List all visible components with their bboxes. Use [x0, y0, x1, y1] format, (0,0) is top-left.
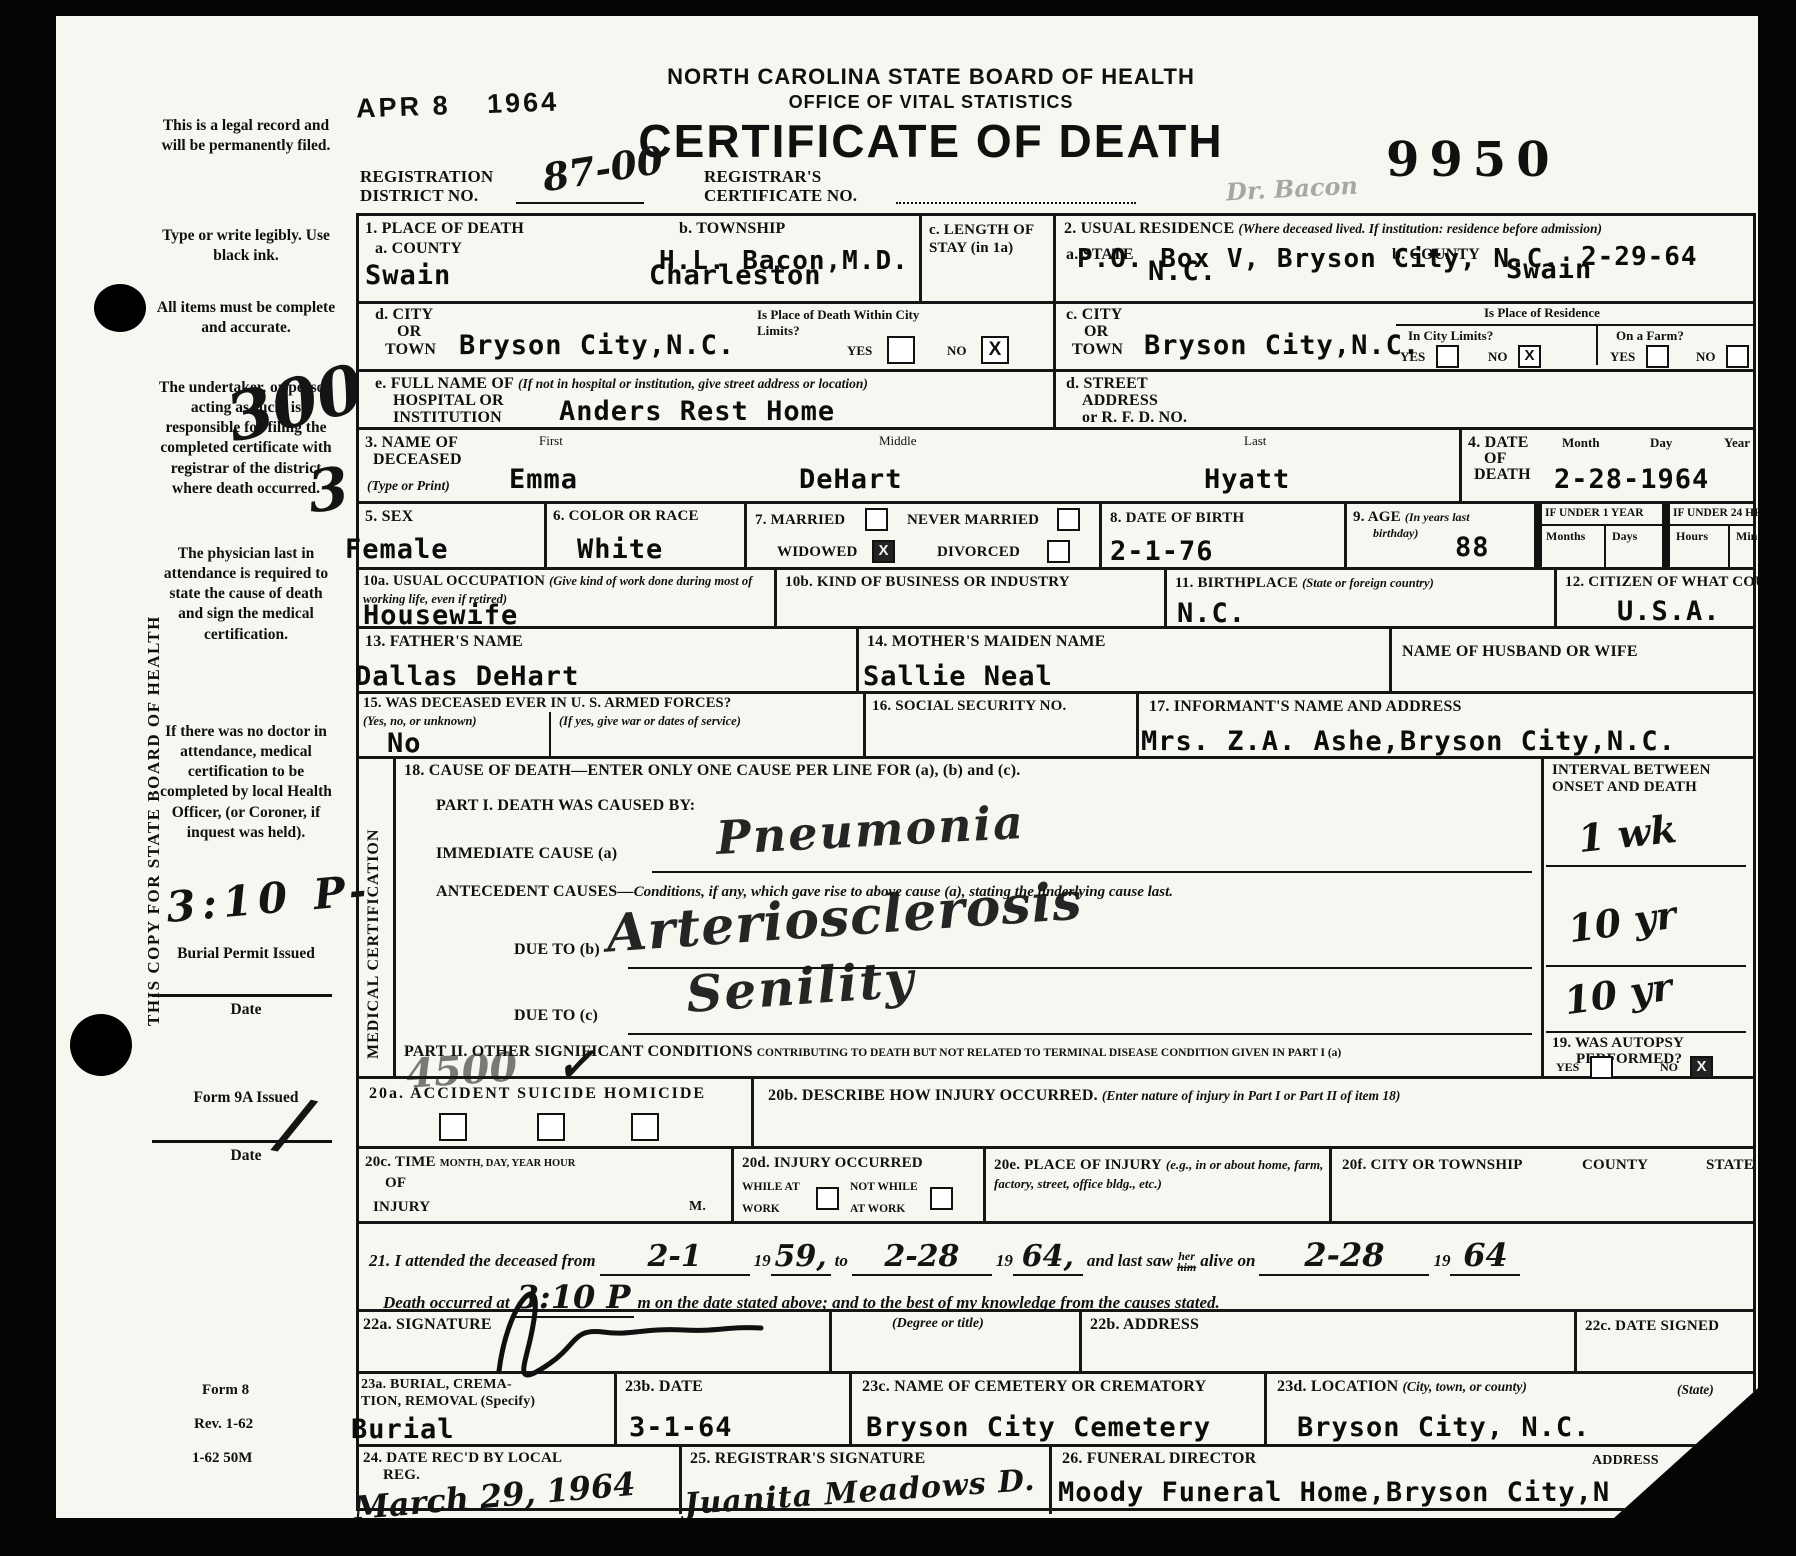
divider — [1728, 524, 1730, 567]
armed-forces-value: No — [387, 728, 422, 759]
funeral-director-value: Moody Funeral Home,Bryson City,N — [1058, 1477, 1610, 1508]
hours-label: Hours — [1676, 530, 1708, 543]
interval-c-line — [1546, 1031, 1746, 1033]
fathers-name-value: Dallas DeHart — [355, 661, 579, 692]
describe-injury-label: 20b. DESCRIBE HOW INJURY OCCURRED. (Ente… — [768, 1087, 1400, 1105]
death-limits-yes-label: YES — [847, 344, 872, 358]
accident-suicide-homicide-label: 20a. ACCIDENT SUICIDE HOMICIDE — [369, 1085, 706, 1103]
residence-city-label: c. CITY — [1066, 306, 1123, 324]
informant-value: Mrs. Z.A. Ashe,Bryson City,N.C. — [1141, 726, 1676, 757]
county-value: Swain — [365, 260, 451, 291]
autopsy-yes-checkbox — [1590, 1056, 1613, 1079]
incity-no-label: NO — [1488, 350, 1508, 364]
days-label: Days — [1612, 530, 1637, 543]
age-label-2: (In years last — [1405, 510, 1470, 524]
registration-district-label: REGISTRATION DISTRICT NO. — [360, 168, 493, 205]
death-limits-no-checkbox: X — [981, 336, 1009, 364]
describe-injury-note: (Enter nature of injury in Part I or Par… — [1102, 1088, 1401, 1103]
cemetery-label: 23c. NAME OF CEMETERY OR CREMATORY — [862, 1378, 1206, 1396]
farm-yes-label: YES — [1610, 350, 1635, 364]
residence-city-town: TOWN — [1072, 341, 1123, 359]
color-or-race-value: White — [577, 534, 663, 565]
form9a-date-label: Date — [156, 1146, 336, 1166]
business-industry-label: 10b. KIND OF BUSINESS OR INDUSTRY — [785, 574, 1070, 591]
attended-to-value: 2-28 — [884, 1239, 959, 1274]
armed-forces-label: 15. WAS DECEASED EVER IN U. S. ARMED FOR… — [363, 696, 731, 712]
attended-year2-blank: 64, — [1013, 1239, 1083, 1276]
margin-handwriting-300: 300 — [219, 348, 372, 457]
burial-label-2: TION, REMOVAL (Specify) — [361, 1394, 535, 1409]
attended-year1-blank: 59, — [771, 1239, 831, 1276]
divorced-label: DIVORCED — [937, 544, 1020, 561]
hospital-label-2: HOSPITAL OR — [393, 392, 504, 410]
date-signed-label: 22c. DATE SIGNED — [1585, 1318, 1719, 1335]
interval-label-2: ONSET AND DEATH — [1552, 779, 1697, 796]
township-label: b. TOWNSHIP — [679, 220, 786, 238]
form-number-label: Form 8 — [202, 1382, 249, 1399]
length-of-stay-label2: STAY (in 1a) — [929, 240, 1013, 257]
attended-year2-value: 64, — [1022, 1239, 1074, 1274]
while-at-work-label-2: WORK — [742, 1203, 780, 1216]
birthplace-label-title: 11. BIRTHPLACE — [1175, 575, 1298, 591]
hospital-name-label: e. FULL NAME OF (If not in hospital or i… — [375, 375, 868, 393]
months-label: Months — [1546, 530, 1585, 543]
residence-in-city-limits-label: In City Limits? — [1408, 329, 1493, 343]
autopsy-no-checkbox: X — [1690, 1056, 1713, 1079]
date-of-death-label-2: OF — [1484, 450, 1507, 468]
date-of-birth-label: 8. DATE OF BIRTH — [1110, 510, 1244, 527]
hospital-label-note: (If not in hospital or institution, give… — [518, 376, 868, 391]
registrar-certificate-label: REGISTRAR'S CERTIFICATE NO. — [704, 168, 857, 205]
mothers-maiden-name-label: 14. MOTHER'S MAIDEN NAME — [867, 633, 1106, 651]
describe-injury-title: 20b. DESCRIBE HOW INJURY OCCURRED. — [768, 1087, 1098, 1104]
first-name-value: Emma — [509, 464, 578, 495]
not-while-at-work-label-1: NOT WHILE — [850, 1181, 918, 1194]
widowed-checkbox: X — [872, 540, 895, 563]
location-label: 23d. LOCATION (City, town, or county) — [1277, 1378, 1527, 1396]
interval-a-value: 1 wk — [1576, 806, 1679, 861]
stamp-month-day: APR 8 — [356, 90, 452, 123]
husband-or-wife-label: NAME OF HUSBAND OR WIFE — [1402, 643, 1638, 661]
autopsy-label-1: 19. WAS AUTOPSY — [1552, 1035, 1684, 1052]
place-of-residence-label: Is Place of Residence — [1484, 306, 1600, 320]
form-print-run-label: 1-62 50M — [192, 1450, 252, 1467]
registration-district-line — [516, 202, 644, 204]
physician-signature-stroke — [469, 1266, 769, 1386]
date-received-label-2: REG. — [383, 1467, 420, 1484]
divider — [1604, 524, 1606, 567]
injury-city-label: 20f. CITY OR TOWNSHIP — [1342, 1157, 1523, 1174]
time-of-injury-of: OF — [385, 1175, 406, 1192]
part2-note: CONTRIBUTING TO DEATH BUT NOT RELATED TO… — [757, 1047, 1342, 1059]
street-address-label-2: ADDRESS — [1082, 392, 1158, 410]
margin-note-legal: This is a legal record and will be perma… — [156, 116, 336, 156]
middle-name-label: Middle — [879, 434, 917, 448]
attended-p3: alive on — [1200, 1251, 1255, 1270]
funeral-director-label: 26. FUNERAL DIRECTOR — [1062, 1450, 1256, 1468]
birthplace-label-note: (State or foreign country) — [1302, 576, 1434, 590]
physician-typed-name: H.L. Bacon,M.D. — [659, 246, 909, 276]
registration-label-line2: DISTRICT NO. — [360, 187, 493, 206]
burial-permit-date-label: Date — [156, 1000, 336, 1020]
accident-checkbox — [439, 1113, 467, 1141]
attended-year3-value: 64 — [1463, 1236, 1508, 1274]
punch-hole-top — [94, 284, 146, 332]
time-of-injury-label: 20c. TIME MONTH, DAY, YEAR HOUR — [365, 1153, 575, 1171]
farm-no-checkbox — [1726, 345, 1749, 368]
death-city-limits-q2: Limits? — [757, 324, 800, 338]
married-checkbox — [865, 508, 888, 531]
received-date-stamp: APR 8 1964 — [356, 86, 560, 124]
burial-label-1: 23a. BURIAL, CREMA- — [361, 1377, 512, 1392]
widowed-label: WIDOWED — [777, 544, 858, 561]
attended-year1-value: 59, — [775, 1239, 827, 1274]
interval-c-value: 10 yr — [1561, 964, 1674, 1024]
divider — [1596, 324, 1598, 365]
copy-designation-vertical-label: THIS COPY FOR STATE BOARD OF HEALTH — [144, 615, 164, 1026]
date-of-death-label-1: 4. DATE — [1468, 434, 1529, 452]
occupation-label-title: 10a. USUAL OCCUPATION — [363, 573, 545, 589]
year-label: Year — [1724, 436, 1750, 450]
mothers-maiden-name-value: Sallie Neal — [863, 661, 1053, 692]
injury-occurred-label: 20d. INJURY OCCURRED — [742, 1155, 923, 1172]
if-under-24-hrs-label: IF UNDER 24 HRS. — [1673, 507, 1772, 520]
registrar-signature-value: Juanita Meadows D. — [683, 1463, 1036, 1522]
time-of-injury-injury: INJURY — [373, 1199, 430, 1216]
injury-county-label: COUNTY — [1582, 1157, 1648, 1174]
incity-yes-checkbox — [1436, 345, 1459, 368]
certificate-page: This is a legal record and will be perma… — [56, 16, 1758, 1518]
name-of-deceased-label-2: DECEASED — [373, 451, 462, 469]
if-under-1-year-label: IF UNDER 1 YEAR — [1545, 507, 1644, 520]
burial-permit-date-line — [152, 994, 332, 997]
margin-handwriting-3: 3 — [303, 454, 352, 527]
death-certificate-form: 1. PLACE OF DEATH a. COUNTY Swain b. TOW… — [356, 213, 1756, 1511]
board-of-health-line: NORTH CAROLINA STATE BOARD OF HEALTH — [536, 64, 1326, 90]
incity-yes-label: YES — [1400, 350, 1425, 364]
date-received-label-1: 24. DATE REC'D BY LOCAL — [363, 1450, 562, 1467]
age-label-1: 9. AGE — [1353, 509, 1401, 525]
time-of-injury-sub: MONTH, DAY, YEAR HOUR — [440, 1158, 576, 1169]
length-of-stay-label1: c. LENGTH OF — [929, 222, 1034, 239]
physician-address-value: P.O. Box V, Bryson City, N.C. — [1077, 244, 1560, 274]
county-label: a. COUNTY — [375, 240, 462, 258]
never-married-checkbox — [1057, 508, 1080, 531]
injury-state-label: STATE — [1706, 1157, 1754, 1174]
her-him-stacked: herhim — [1177, 1251, 1196, 1274]
suicide-checkbox — [537, 1113, 565, 1141]
registrar-label-line1: REGISTRAR'S — [704, 168, 857, 187]
date-of-death-label-3: DEATH — [1474, 466, 1531, 484]
divider — [919, 216, 922, 301]
hospital-name-value: Anders Rest Home — [559, 396, 835, 427]
funeral-director-address-label: ADDRESS — [1592, 1453, 1659, 1468]
attended-19b: 19 — [996, 1251, 1013, 1270]
him-label: him — [1177, 1262, 1196, 1273]
location-title: 23d. LOCATION — [1277, 1378, 1398, 1395]
attended-year3-blank: 64 — [1450, 1236, 1520, 1276]
residence-on-farm-label: On a Farm? — [1616, 329, 1684, 343]
date-signed-value: 2-29-64 — [1581, 242, 1698, 272]
margin-note-type: Type or write legibly. Use black ink. — [156, 226, 336, 266]
burial-date-value: 3-1-64 — [629, 1412, 733, 1443]
while-at-work-checkbox — [816, 1187, 839, 1210]
punch-hole-bottom — [70, 1014, 132, 1076]
due-to-c-label: DUE TO (c) — [514, 1007, 598, 1025]
registration-label-line1: REGISTRATION — [360, 168, 493, 187]
street-address-label-3: or R. F. D. NO. — [1082, 409, 1187, 427]
last-name-label: Last — [1244, 434, 1266, 448]
birthplace-label: 11. BIRTHPLACE (State or foreign country… — [1175, 574, 1434, 592]
not-while-at-work-label-2: AT WORK — [850, 1203, 905, 1216]
hospital-label-3: INSTITUTION — [393, 409, 502, 427]
form-revision-label: Rev. 1-62 — [194, 1416, 253, 1433]
medical-certification-vertical-label: MEDICAL CERTIFICATION — [365, 829, 383, 1059]
married-label: 7. MARRIED — [755, 512, 845, 529]
attended-19c: 19 — [1433, 1251, 1450, 1270]
middle-name-value: DeHart — [799, 464, 903, 495]
date-of-birth-value: 2-1-76 — [1110, 536, 1214, 567]
immediate-cause-label: IMMEDIATE CAUSE (a) — [436, 845, 617, 863]
residence-city-value: Bryson City,N.C. — [1144, 330, 1420, 361]
usual-residence-note: (Where deceased lived. If institution: r… — [1238, 221, 1602, 236]
social-security-label: 16. SOCIAL SECURITY NO. — [872, 698, 1067, 715]
not-while-at-work-checkbox — [930, 1187, 953, 1210]
time-of-injury-m: M. — [689, 1199, 706, 1214]
incity-no-checkbox: X — [1518, 345, 1541, 368]
never-married-label: NEVER MARRIED — [907, 512, 1039, 529]
margin-handwriting-time: 3:10 P- — [164, 865, 374, 932]
divider — [549, 712, 551, 756]
type-or-print-note: (Type or Print) — [367, 478, 450, 494]
form9a-date-line — [152, 1140, 332, 1143]
certificate-number: 9950 — [1386, 132, 1560, 188]
due-to-b-label: DUE TO (b) — [514, 941, 600, 959]
margin-note-physician: The physician last in attendance is requ… — [156, 544, 336, 645]
farm-no-label: NO — [1696, 350, 1716, 364]
divorced-checkbox — [1047, 540, 1070, 563]
age-value: 88 — [1455, 532, 1490, 563]
burial-value: Burial — [351, 1414, 455, 1445]
location-note: (City, town, or county) — [1402, 1379, 1526, 1394]
age-label-3: birthday) — [1373, 526, 1418, 541]
residence-city-or: OR — [1084, 323, 1108, 341]
min-label: Min. — [1736, 530, 1760, 543]
divider — [1670, 524, 1753, 526]
degree-or-title-label: (Degree or title) — [892, 1316, 984, 1332]
first-name-label: First — [539, 434, 563, 448]
time-of-injury-title: 20c. TIME — [365, 1154, 436, 1170]
citizen-label: 12. CITIZEN OF WHAT COUNTRY? — [1565, 574, 1796, 591]
while-at-work-label-1: WHILE AT — [742, 1181, 800, 1194]
registrar-signature-label: 25. REGISTRAR'S SIGNATURE — [690, 1450, 925, 1468]
death-city-limits-q1: Is Place of Death Within City — [757, 308, 919, 322]
autopsy-no-label: NO — [1660, 1061, 1678, 1074]
part2-label: PART II. OTHER SIGNIFICANT CONDITIONS CO… — [404, 1043, 1341, 1061]
registrar-label-line2: CERTIFICATE NO. — [704, 187, 857, 206]
death-limits-no-label: NO — [947, 344, 967, 358]
margin-note-complete: All items must be complete and accurate. — [156, 298, 336, 338]
birthplace-value: N.C. — [1177, 598, 1246, 629]
sex-label: 5. SEX — [365, 508, 413, 526]
location-state-note: (State) — [1677, 1382, 1714, 1398]
usual-residence-title: 2. USUAL RESIDENCE — [1064, 220, 1234, 237]
armed-forces-note-1: (Yes, no, or unknown) — [363, 714, 477, 729]
informant-label: 17. INFORMANT'S NAME AND ADDRESS — [1149, 698, 1462, 716]
farm-yes-checkbox — [1646, 345, 1669, 368]
sex-value: Female — [345, 534, 449, 565]
registrar-certificate-line — [896, 202, 1136, 204]
attended-p2: and last saw — [1087, 1251, 1173, 1270]
attended-to-label: to — [835, 1251, 848, 1270]
homicide-checkbox — [631, 1113, 659, 1141]
date-of-death-value: 2-28-1964 — [1554, 464, 1709, 495]
autopsy-yes-label: YES — [1556, 1061, 1579, 1074]
hospital-label-1: e. FULL NAME OF — [375, 375, 514, 392]
occupation-value: Housewife — [363, 600, 518, 631]
burial-permit-label: Burial Permit Issued — [156, 944, 336, 964]
death-limits-yes-checkbox — [887, 336, 915, 364]
age-label: 9. AGE (In years last — [1353, 508, 1470, 526]
name-of-deceased-label-1: 3. NAME OF — [365, 434, 458, 452]
office-vital-statistics-line: OFFICE OF VITAL STATISTICS — [536, 92, 1326, 113]
interval-label-1: INTERVAL BETWEEN — [1552, 762, 1711, 779]
margin-note-no-doctor: If there was no doctor in attendance, me… — [156, 722, 336, 843]
location-value: Bryson City, N.C. — [1297, 1412, 1590, 1443]
armed-forces-note-2: (If yes, give war or dates of service) — [559, 714, 741, 729]
antecedent-title: ANTECEDENT CAUSES— — [436, 883, 634, 900]
cemetery-value: Bryson City Cemetery — [866, 1412, 1211, 1443]
pencil-annotation: Dr. Bacon — [1225, 171, 1358, 207]
burial-date-label: 23b. DATE — [625, 1378, 703, 1396]
attended-to-blank: 2-28 — [852, 1239, 992, 1276]
death-city-label: d. CITY — [375, 306, 433, 324]
place-of-injury-label: 20e. PLACE OF INJURY (e.g., in or about … — [994, 1155, 1324, 1193]
citizen-value: U.S.A. — [1617, 596, 1721, 627]
interval-b-value: 10 yr — [1565, 892, 1678, 952]
address-label: 22b. ADDRESS — [1090, 1316, 1199, 1334]
color-or-race-label: 6. COLOR OR RACE — [553, 508, 699, 525]
cause-of-death-title: 18. CAUSE OF DEATH—ENTER ONLY ONE CAUSE … — [404, 762, 1020, 780]
place-of-death-label: 1. PLACE OF DEATH — [365, 220, 524, 238]
interval-a-line — [1546, 865, 1746, 867]
month-label: Month — [1562, 436, 1600, 450]
usual-residence-label: 2. USUAL RESIDENCE (Where deceased lived… — [1064, 220, 1602, 238]
place-of-injury-title: 20e. PLACE OF INJURY — [994, 1157, 1162, 1173]
last-alive-blank: 2-28 — [1259, 1236, 1429, 1276]
fathers-name-label: 13. FATHER'S NAME — [365, 633, 523, 651]
death-city-or: OR — [397, 323, 421, 341]
divider — [1396, 324, 1756, 326]
last-name-value: Hyatt — [1204, 464, 1290, 495]
last-alive-value: 2-28 — [1304, 1236, 1384, 1274]
street-address-label-1: d. STREET — [1066, 375, 1148, 393]
death-city-town: TOWN — [385, 341, 436, 359]
part1-label: PART I. DEATH WAS CAUSED BY: — [436, 797, 695, 815]
day-label: Day — [1650, 436, 1672, 450]
divider — [1542, 524, 1662, 526]
death-city-value: Bryson City,N.C. — [459, 330, 735, 361]
